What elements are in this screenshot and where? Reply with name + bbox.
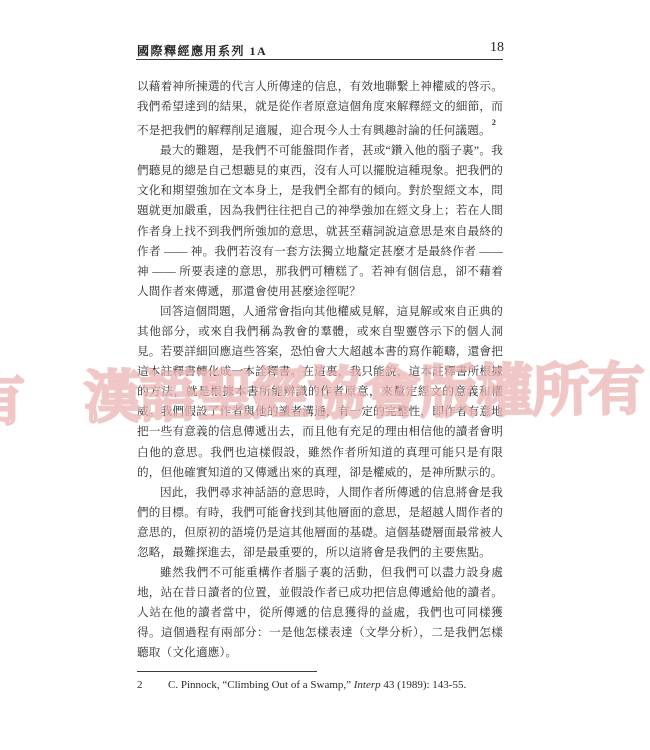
footnote-citation-journal: Interp xyxy=(354,679,381,691)
body-text-block: 以藉着神所揀選的代言人所傳達的信息，有效地聯繫上神權威的啓示。我們希望達到的結果… xyxy=(137,77,503,664)
header-rule xyxy=(136,59,503,60)
watermark-partial-character: 有 xyxy=(0,354,24,436)
paragraph-3: 回答這個問題，人通常會指向其他權威見解，這見解或來自正典的其他部分，或來自我們稱… xyxy=(137,302,503,483)
paragraph-4: 因此，我們尋求神話語的意思時，人間作者所傳遞的信息將會是我們的目標。有時，我們可… xyxy=(137,483,503,563)
footnote-reference-2: 2 xyxy=(492,118,496,127)
book-page: 國際釋經應用系列 1A 18 以藉着神所揀選的代言人所傳達的信息，有效地聯繫上神… xyxy=(0,0,650,750)
paragraph-5: 雖然我們不可能重構作者腦子裏的活動，但我們可以盡力設身處地，站在昔日讀者的位置，… xyxy=(137,563,503,663)
footnote-citation-after: 43 (1989): 143-55. xyxy=(381,679,467,691)
running-head-series-title: 國際釋經應用系列 1A xyxy=(137,42,267,59)
paragraph-1-text: 以藉着神所揀選的代言人所傳達的信息，有效地聯繫上神權威的啓示。我們希望達到的結果… xyxy=(137,80,503,137)
footnote: 2 C. Pinnock, “Climbing Out of a Swamp,”… xyxy=(137,678,517,692)
page-number: 18 xyxy=(480,40,504,56)
footnote-citation: C. Pinnock, “Climbing Out of a Swamp,” I… xyxy=(168,678,517,692)
footnote-number: 2 xyxy=(137,678,168,692)
paragraph-2: 最大的難題，是我們不可能盤問作者，甚或“鑽入他的腦子裏”。我們聽見的總是自己想聽… xyxy=(137,141,503,302)
footnote-citation-before: C. Pinnock, “Climbing Out of a Swamp,” xyxy=(168,679,354,691)
footnote-separator-rule xyxy=(137,671,317,672)
paragraph-1: 以藉着神所揀選的代言人所傳達的信息，有效地聯繫上神權威的啓示。我們希望達到的結果… xyxy=(137,77,503,141)
